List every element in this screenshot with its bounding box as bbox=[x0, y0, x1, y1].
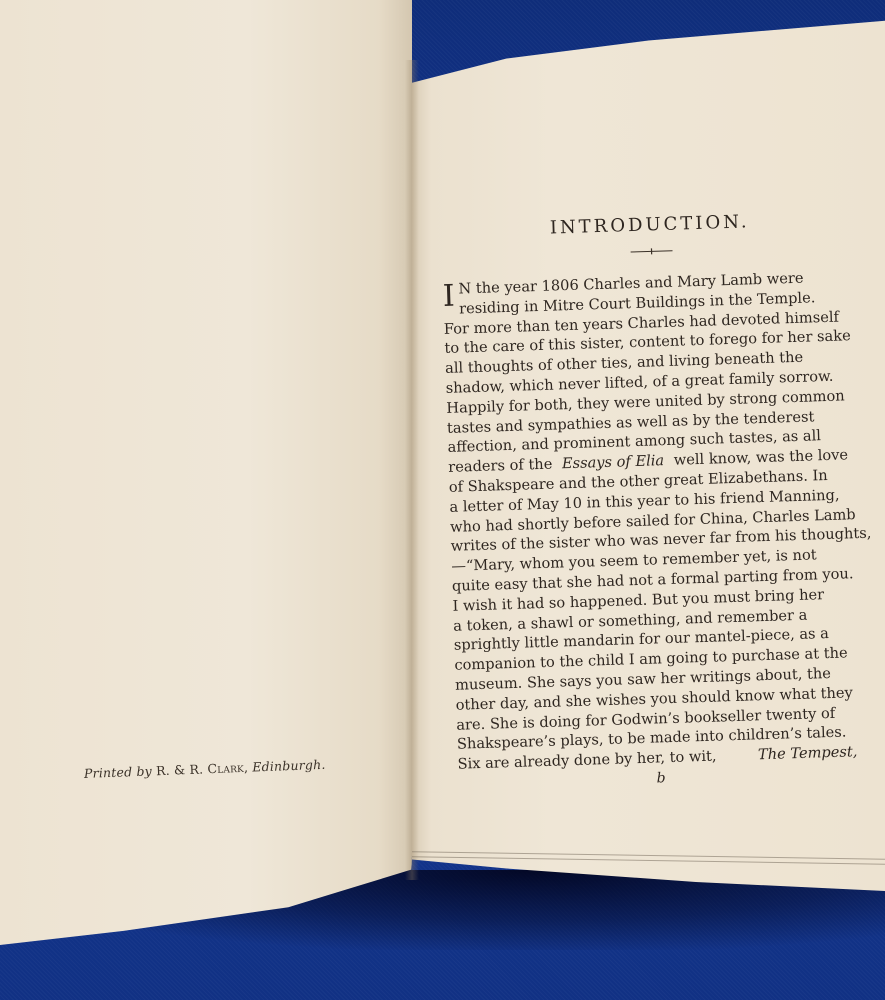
imprint-place: Edinburgh. bbox=[252, 757, 326, 775]
imprint-prefix: Printed by bbox=[84, 763, 152, 781]
page-title: INTRODUCTION. bbox=[441, 208, 841, 242]
play-title-the-tempest: The Tempest, bbox=[758, 742, 858, 765]
ornament-rule-icon bbox=[630, 247, 672, 256]
left-page bbox=[0, 0, 412, 945]
paragraph: I N the year 1806 Charles and Mary Lamb … bbox=[442, 267, 857, 774]
page-edges bbox=[412, 853, 885, 867]
drop-cap: I bbox=[442, 284, 455, 310]
book-gutter bbox=[405, 60, 419, 880]
introduction-text: INTRODUCTION. I N the year 1806 Charles … bbox=[440, 192, 858, 792]
